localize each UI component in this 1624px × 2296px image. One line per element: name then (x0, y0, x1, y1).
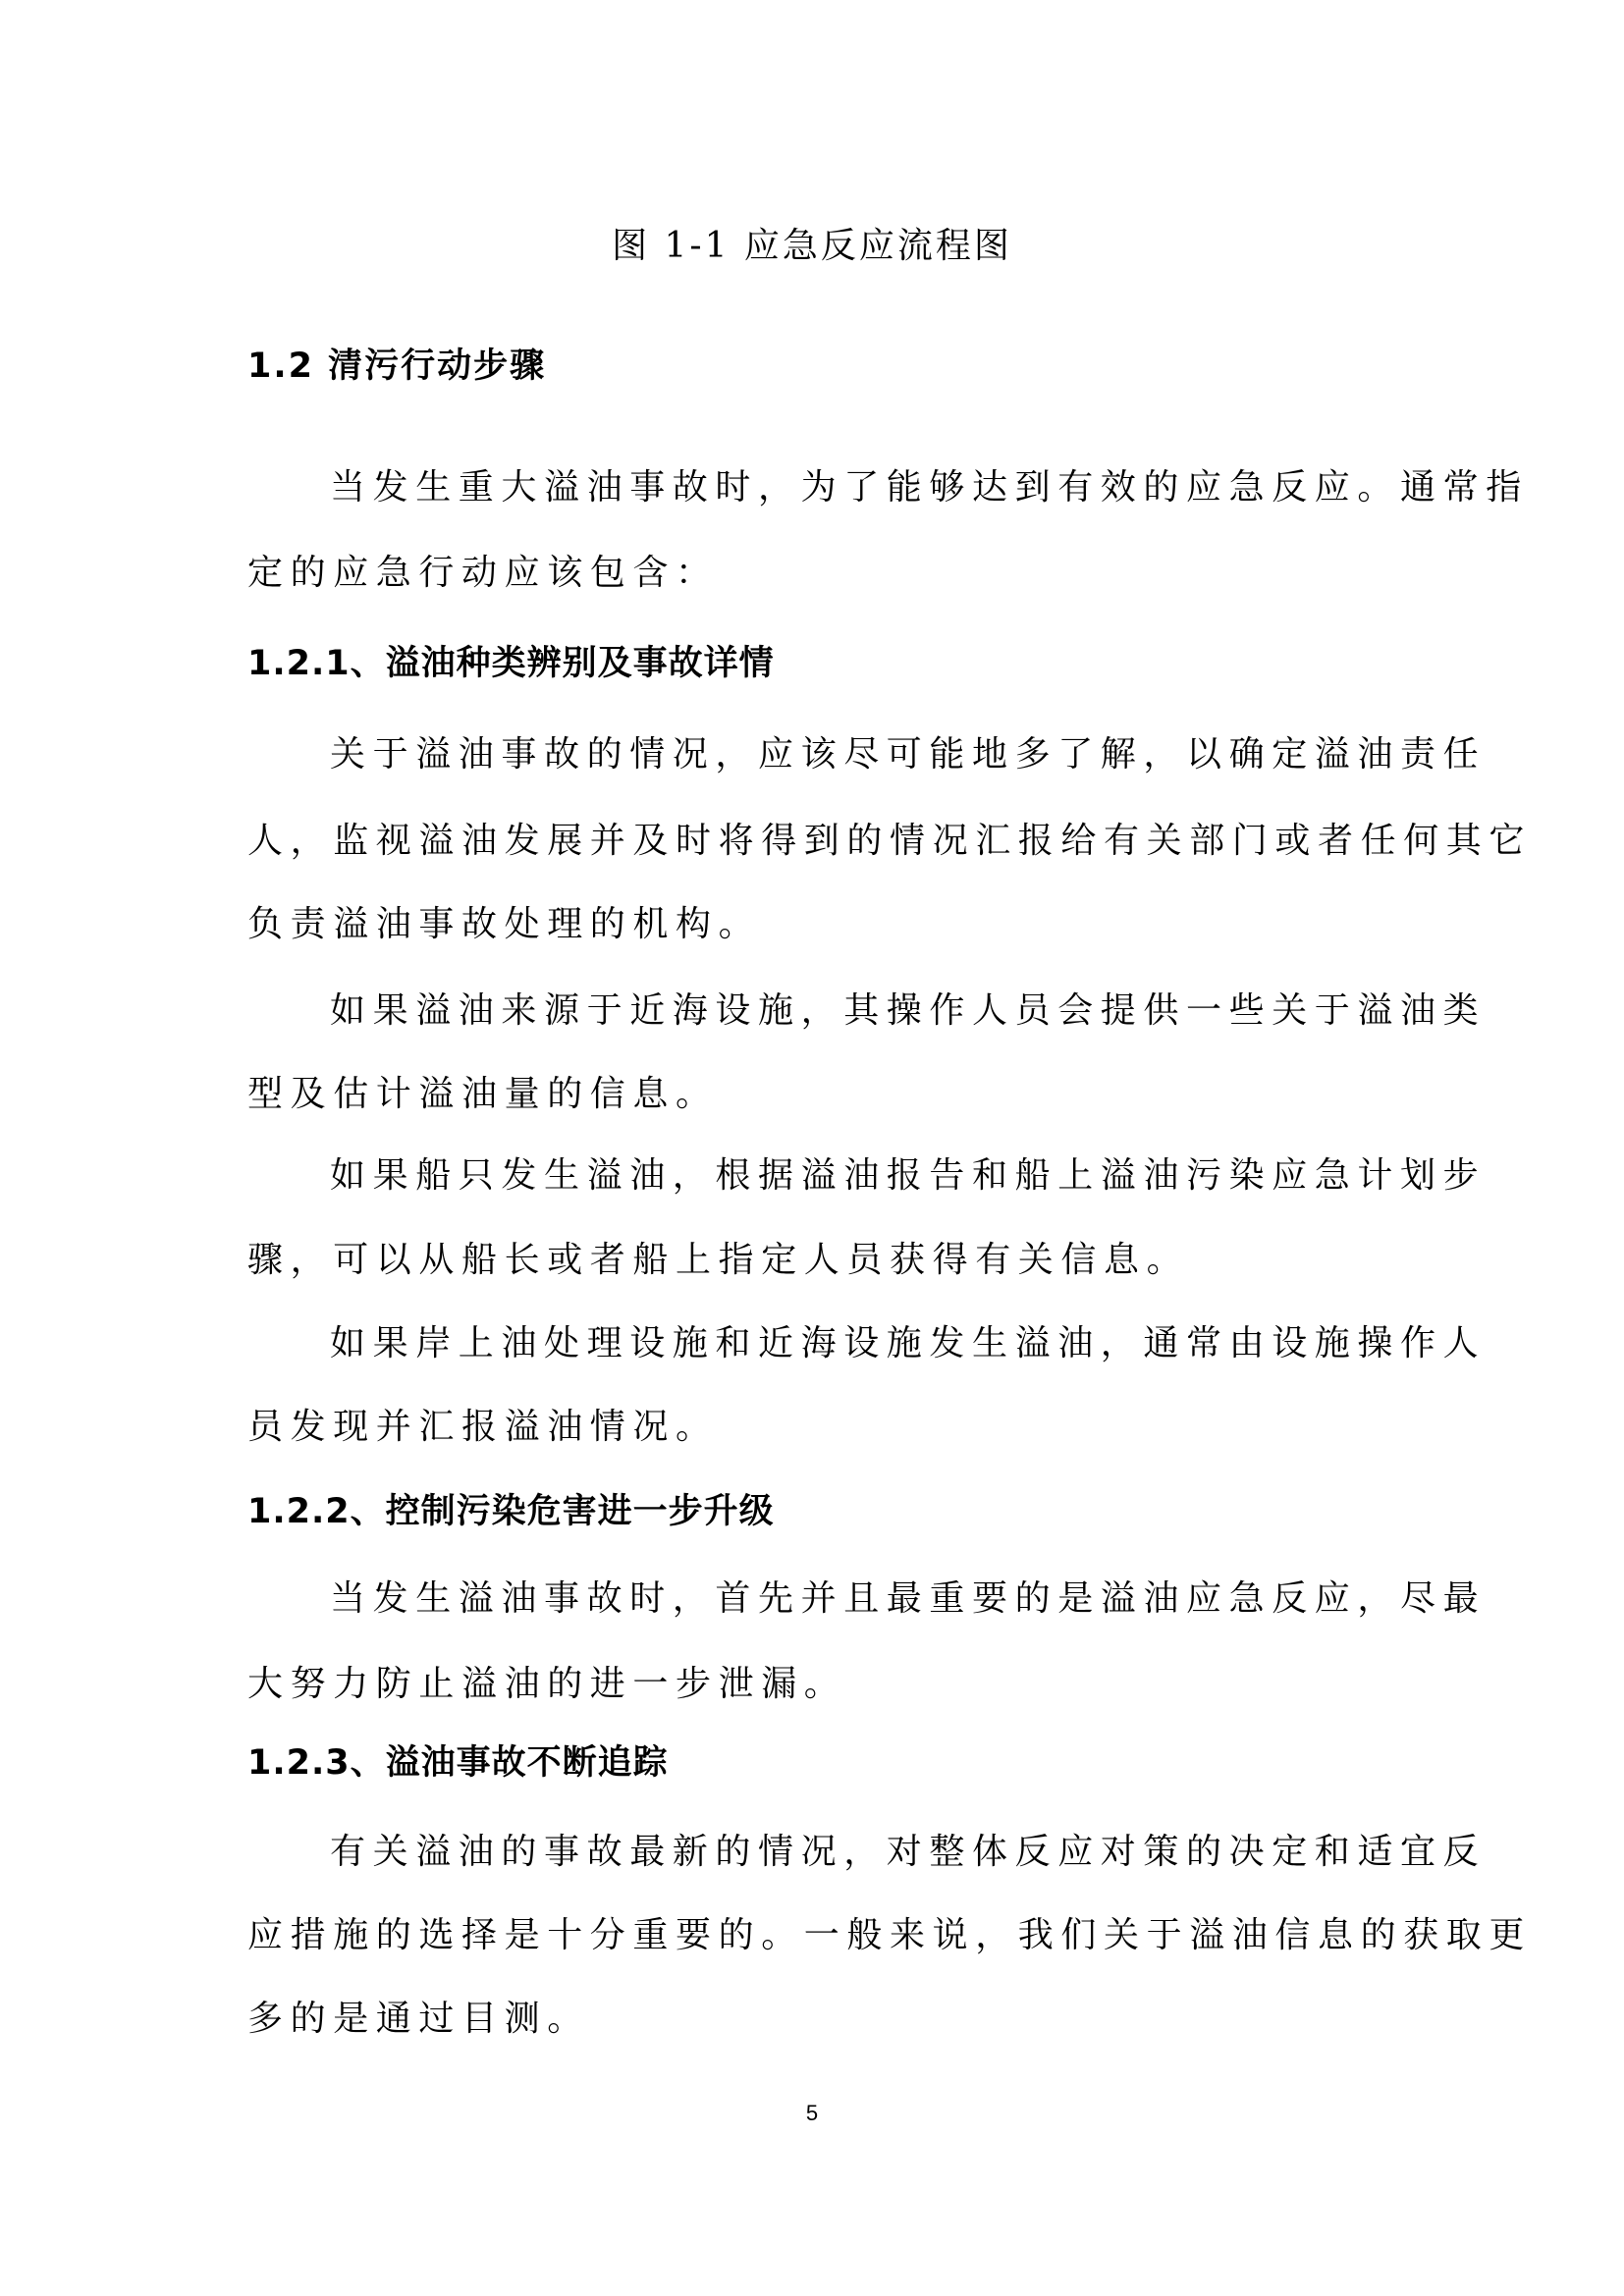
paragraph-line: 定的应急行动应该包含： (247, 545, 719, 595)
paragraph-line: 关于溢油事故的情况，应该尽可能地多了解，以确定溢油责任 (330, 726, 1486, 776)
paragraph-line: 有关溢油的事故最新的情况，对整体反应对策的决定和适宜反 (330, 1824, 1486, 1874)
paragraph-line: 负责溢油事故处理的机构。 (247, 896, 761, 946)
paragraph-line: 大努力防止溢油的进一步泄漏。 (247, 1656, 846, 1706)
subsection-heading: 1.2.1、溢油种类辨别及事故详情 (247, 636, 775, 685)
paragraph-line: 型及估计溢油量的信息。 (247, 1066, 719, 1116)
paragraph-line: 当发生重大溢油事故时，为了能够达到有效的应急反应。通常指 (330, 459, 1529, 509)
paragraph-line: 骤，可以从船长或者船上指定人员获得有关信息。 (247, 1232, 1189, 1282)
figure-caption: 图 1-1 应急反应流程图 (0, 218, 1624, 268)
paragraph-line: 当发生溢油事故时，首先并且最重要的是溢油应急反应，尽最 (330, 1571, 1486, 1621)
paragraph-line: 人，监视溢油发展并及时将得到的情况汇报给有关部门或者任何其它 (247, 813, 1532, 863)
paragraph-line: 如果溢油来源于近海设施，其操作人员会提供一些关于溢油类 (330, 983, 1486, 1033)
paragraph-line: 应措施的选择是十分重要的。一般来说，我们关于溢油信息的获取更 (247, 1907, 1532, 1957)
paragraph-line: 多的是通过目测。 (247, 1991, 590, 2041)
subsection-heading: 1.2.2、控制污染危害进一步升级 (247, 1484, 775, 1533)
paragraph-line: 如果船只发生溢油，根据溢油报告和船上溢油污染应急计划步 (330, 1148, 1486, 1198)
subsection-heading: 1.2.3、溢油事故不断追踪 (247, 1735, 669, 1785)
paragraph-line: 员发现并汇报溢油情况。 (247, 1399, 719, 1449)
paragraph-line: 如果岸上油处理设施和近海设施发生溢油，通常由设施操作人 (330, 1315, 1486, 1365)
page-number: 5 (0, 2101, 1624, 2126)
section-heading: 1.2 清污行动步骤 (247, 339, 546, 388)
